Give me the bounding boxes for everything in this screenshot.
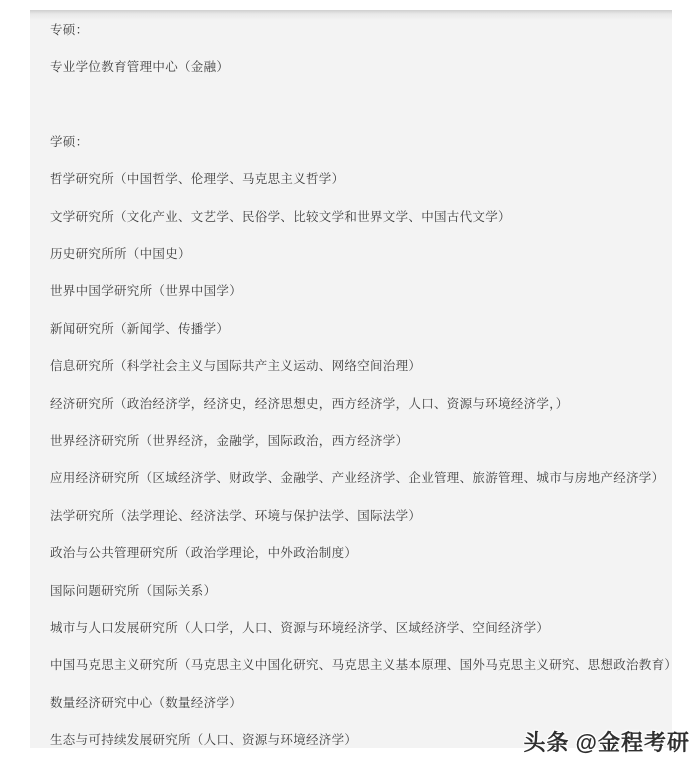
list-item: 城市与人口发展研究所（人口学，人口、资源与环境经济学、区域经济学、空间经济学） (50, 608, 658, 645)
list-item: 政治与公共管理研究所（政治学理论，中外政治制度） (50, 533, 658, 570)
list-item: 专业学位教育管理中心（金融） (50, 47, 658, 84)
article-page: 专硕：专业学位教育管理中心（金融）学硕：哲学研究所（中国哲学、伦理学、马克思主义… (0, 0, 697, 762)
institute-list: 专硕：专业学位教育管理中心（金融）学硕：哲学研究所（中国哲学、伦理学、马克思主义… (50, 10, 658, 758)
section-header: 专硕： (50, 10, 658, 47)
watermark-handle-label: @金程考研 (576, 730, 690, 755)
watermark-brand-label: 头条 (524, 730, 570, 755)
watermark: 头条@金程考研 (524, 726, 690, 757)
list-item: 哲学研究所（中国哲学、伦理学、马克思主义哲学） (50, 160, 658, 197)
section-header: 学硕： (50, 122, 658, 159)
list-item: 中国马克思主义研究所（马克思主义中国化研究、马克思主义基本原理、国外马克思主义研… (50, 646, 658, 683)
list-item: 应用经济研究所（区域经济学、财政学、金融学、产业经济学、企业管理、旅游管理、城市… (50, 459, 658, 496)
list-item: 国际问题研究所（国际关系） (50, 571, 658, 608)
list-item: 新闻研究所（新闻学、传播学） (50, 309, 658, 346)
list-item: 世界经济研究所（世界经济，金融学，国际政治，西方经济学） (50, 421, 658, 458)
content-card: 专硕：专业学位教育管理中心（金融）学硕：哲学研究所（中国哲学、伦理学、马克思主义… (30, 10, 672, 748)
list-item: 数量经济研究中心（数量经济学） (50, 683, 658, 720)
list-item: 文学研究所（文化产业、文艺学、民俗学、比较文学和世界文学、中国古代文学） (50, 197, 658, 234)
list-item: 世界中国学研究所（世界中国学） (50, 272, 658, 309)
list-item: 信息研究所（科学社会主义与国际共产主义运动、网络空间治理） (50, 347, 658, 384)
section-gap (50, 85, 658, 122)
list-item: 经济研究所（政治经济学，经济史，经济思想史，西方经济学，人口、资源与环境经济学，… (50, 384, 658, 421)
list-item: 历史研究所所（中国史） (50, 234, 658, 271)
list-item: 法学研究所（法学理论、经济法学、环境与保护法学、国际法学） (50, 496, 658, 533)
